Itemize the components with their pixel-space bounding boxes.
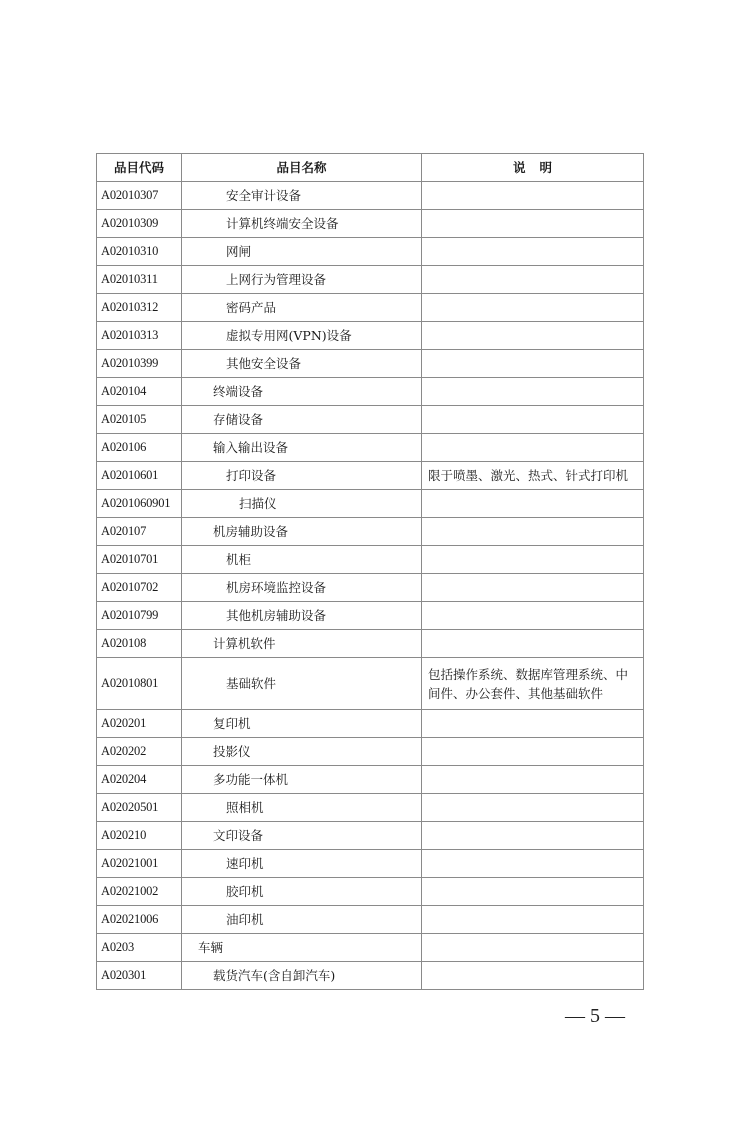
item-description: 限于喷墨、激光、热式、针式打印机 xyxy=(422,462,644,490)
table-row: A02021002胶印机 xyxy=(97,878,644,906)
item-name: 其他安全设备 xyxy=(182,350,422,378)
item-name: 照相机 xyxy=(182,794,422,822)
item-code: A020106 xyxy=(97,434,182,462)
item-description xyxy=(422,766,644,794)
item-code: A0201060901 xyxy=(97,490,182,518)
table-header-row: 品目代码 品目名称 说明 xyxy=(97,154,644,182)
item-code: A02010399 xyxy=(97,350,182,378)
item-name: 文印设备 xyxy=(182,822,422,850)
item-name: 投影仪 xyxy=(182,738,422,766)
item-name: 输入输出设备 xyxy=(182,434,422,462)
item-code: A0203 xyxy=(97,934,182,962)
table-body: A02010307安全审计设备 A02010309计算机终端安全设备 A0201… xyxy=(97,182,644,990)
item-code: A020108 xyxy=(97,630,182,658)
item-code: A02010701 xyxy=(97,546,182,574)
item-description xyxy=(422,878,644,906)
item-name: 虚拟专用网(VPN)设备 xyxy=(182,322,422,350)
table-row: A020210文印设备 xyxy=(97,822,644,850)
item-description xyxy=(422,822,644,850)
item-name: 其他机房辅助设备 xyxy=(182,602,422,630)
item-code: A02010307 xyxy=(97,182,182,210)
table-row: A02010313虚拟专用网(VPN)设备 xyxy=(97,322,644,350)
table-row: A02010799其他机房辅助设备 xyxy=(97,602,644,630)
item-name: 基础软件 xyxy=(182,658,422,710)
table-row: A020104终端设备 xyxy=(97,378,644,406)
item-name: 机房辅助设备 xyxy=(182,518,422,546)
item-description xyxy=(422,850,644,878)
table-row: A020108计算机软件 xyxy=(97,630,644,658)
item-description xyxy=(422,490,644,518)
item-code: A02010601 xyxy=(97,462,182,490)
page-number: — 5 — xyxy=(560,1005,630,1028)
item-code: A020105 xyxy=(97,406,182,434)
item-code: A020104 xyxy=(97,378,182,406)
table-row: A02010601打印设备限于喷墨、激光、热式、针式打印机 xyxy=(97,462,644,490)
item-name: 油印机 xyxy=(182,906,422,934)
table-row: A02010701机柜 xyxy=(97,546,644,574)
item-description xyxy=(422,906,644,934)
procurement-catalog-table: 品目代码 品目名称 说明 A02010307安全审计设备 A02010309计算… xyxy=(96,153,644,990)
item-name: 计算机终端安全设备 xyxy=(182,210,422,238)
item-name: 计算机软件 xyxy=(182,630,422,658)
item-name: 多功能一体机 xyxy=(182,766,422,794)
item-description xyxy=(422,350,644,378)
item-description xyxy=(422,738,644,766)
item-name: 上网行为管理设备 xyxy=(182,266,422,294)
item-code: A02021002 xyxy=(97,878,182,906)
item-name: 存储设备 xyxy=(182,406,422,434)
item-name: 速印机 xyxy=(182,850,422,878)
item-description xyxy=(422,210,644,238)
item-name: 扫描仪 xyxy=(182,490,422,518)
item-name: 打印设备 xyxy=(182,462,422,490)
item-name: 机柜 xyxy=(182,546,422,574)
table-row: A02010309计算机终端安全设备 xyxy=(97,210,644,238)
item-code: A02010313 xyxy=(97,322,182,350)
item-description xyxy=(422,238,644,266)
table-row: A02021001速印机 xyxy=(97,850,644,878)
table-row: A020301载货汽车(含自卸汽车) xyxy=(97,962,644,990)
item-name: 载货汽车(含自卸汽车) xyxy=(182,962,422,990)
header-description: 说明 xyxy=(422,154,644,182)
item-description xyxy=(422,182,644,210)
header-name: 品目名称 xyxy=(182,154,422,182)
item-description xyxy=(422,546,644,574)
table-row: A02010310网闸 xyxy=(97,238,644,266)
item-code: A020210 xyxy=(97,822,182,850)
table-row: A02010312密码产品 xyxy=(97,294,644,322)
table-row: A020106输入输出设备 xyxy=(97,434,644,462)
document-page: 品目代码 品目名称 说明 A02010307安全审计设备 A02010309计算… xyxy=(0,0,739,1129)
item-description: 包括操作系统、数据库管理系统、中间件、办公套件、其他基础软件 xyxy=(422,658,644,710)
item-name: 网闸 xyxy=(182,238,422,266)
item-code: A020301 xyxy=(97,962,182,990)
item-name: 胶印机 xyxy=(182,878,422,906)
table-row: A02020501照相机 xyxy=(97,794,644,822)
table-row: A02021006油印机 xyxy=(97,906,644,934)
item-description xyxy=(422,794,644,822)
table-row: A02010702机房环境监控设备 xyxy=(97,574,644,602)
item-code: A020204 xyxy=(97,766,182,794)
item-code: A02010309 xyxy=(97,210,182,238)
item-name: 车辆 xyxy=(182,934,422,962)
table-row: A02010307安全审计设备 xyxy=(97,182,644,210)
item-description xyxy=(422,518,644,546)
item-code: A020107 xyxy=(97,518,182,546)
item-name: 密码产品 xyxy=(182,294,422,322)
item-description xyxy=(422,574,644,602)
item-name: 机房环境监控设备 xyxy=(182,574,422,602)
header-code: 品目代码 xyxy=(97,154,182,182)
item-description xyxy=(422,434,644,462)
table-row: A020202投影仪 xyxy=(97,738,644,766)
item-code: A02021006 xyxy=(97,906,182,934)
table-row: A020107机房辅助设备 xyxy=(97,518,644,546)
item-code: A02010310 xyxy=(97,238,182,266)
item-name: 复印机 xyxy=(182,710,422,738)
table-row: A0203车辆 xyxy=(97,934,644,962)
table-row: A02010311上网行为管理设备 xyxy=(97,266,644,294)
table-row: A020105存储设备 xyxy=(97,406,644,434)
table-row: A0201060901扫描仪 xyxy=(97,490,644,518)
item-description xyxy=(422,602,644,630)
item-description xyxy=(422,710,644,738)
item-description xyxy=(422,630,644,658)
item-description xyxy=(422,934,644,962)
item-description xyxy=(422,266,644,294)
item-code: A02010799 xyxy=(97,602,182,630)
item-description xyxy=(422,378,644,406)
item-description xyxy=(422,962,644,990)
table-row: A02010399其他安全设备 xyxy=(97,350,644,378)
item-code: A020201 xyxy=(97,710,182,738)
item-code: A020202 xyxy=(97,738,182,766)
item-name: 终端设备 xyxy=(182,378,422,406)
table-row: A02010801基础软件包括操作系统、数据库管理系统、中间件、办公套件、其他基… xyxy=(97,658,644,710)
item-code: A02010311 xyxy=(97,266,182,294)
item-description xyxy=(422,406,644,434)
item-code: A02021001 xyxy=(97,850,182,878)
item-description xyxy=(422,322,644,350)
item-code: A02020501 xyxy=(97,794,182,822)
item-code: A02010702 xyxy=(97,574,182,602)
item-name: 安全审计设备 xyxy=(182,182,422,210)
table-row: A020204多功能一体机 xyxy=(97,766,644,794)
item-code: A02010312 xyxy=(97,294,182,322)
item-code: A02010801 xyxy=(97,658,182,710)
table-row: A020201复印机 xyxy=(97,710,644,738)
item-description xyxy=(422,294,644,322)
